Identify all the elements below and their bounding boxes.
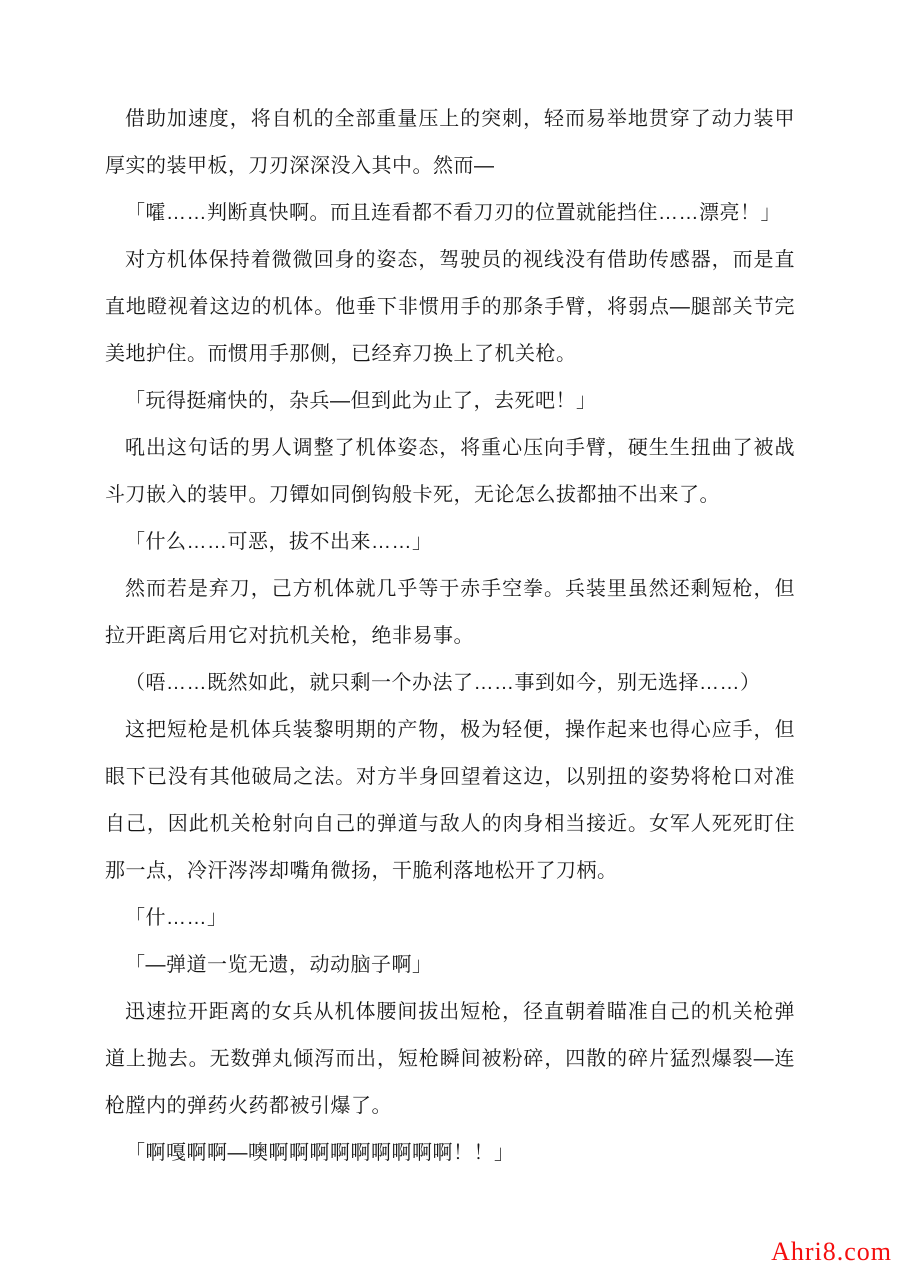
novel-page: 借助加速度，将自机的全部重量压上的突刺，轻而易举地贯穿了动力装甲厚实的装甲板，刀… xyxy=(0,0,900,1273)
paragraph-thought: （唔……既然如此，就只剩一个办法了……事到如今，别无选择……） xyxy=(105,660,795,707)
paragraph-dialogue: 「玩得挺痛快的，杂兵—但到此为止了，去死吧！」 xyxy=(105,378,795,425)
paragraph: 迅速拉开距离的女兵从机体腰间拔出短枪，径直朝着瞄准自己的机关枪弹道上抛去。无数弹… xyxy=(105,989,795,1130)
paragraph: 借助加速度，将自机的全部重量压上的突刺，轻而易举地贯穿了动力装甲厚实的装甲板，刀… xyxy=(105,96,795,190)
paragraph-dialogue: 「什么……可恶，拔不出来……」 xyxy=(105,519,795,566)
paragraph-dialogue: 「嚯……判断真快啊。而且连看都不看刀刃的位置就能挡住……漂亮！」 xyxy=(105,190,795,237)
paragraph: 吼出这句话的男人调整了机体姿态，将重心压向手臂，硬生生扭曲了被战斗刀嵌入的装甲。… xyxy=(105,425,795,519)
paragraph-dialogue: 「—弹道一览无遗，动动脑子啊」 xyxy=(105,942,795,989)
paragraph: 然而若是弃刀，己方机体就几乎等于赤手空拳。兵装里虽然还剩短枪，但拉开距离后用它对… xyxy=(105,566,795,660)
paragraph-dialogue: 「什……」 xyxy=(105,895,795,942)
paragraph: 对方机体保持着微微回身的姿态，驾驶员的视线没有借助传感器，而是直直地瞪视着这边的… xyxy=(105,237,795,378)
text-content: 借助加速度，将自机的全部重量压上的突刺，轻而易举地贯穿了动力装甲厚实的装甲板，刀… xyxy=(105,96,795,1177)
paragraph: 这把短枪是机体兵装黎明期的产物，极为轻便，操作起来也得心应手，但眼下已没有其他破… xyxy=(105,707,795,895)
site-watermark: Ahri8.com xyxy=(771,1237,892,1267)
paragraph-dialogue: 「啊嘎啊啊—噢啊啊啊啊啊啊啊啊啊！！」 xyxy=(105,1130,795,1177)
